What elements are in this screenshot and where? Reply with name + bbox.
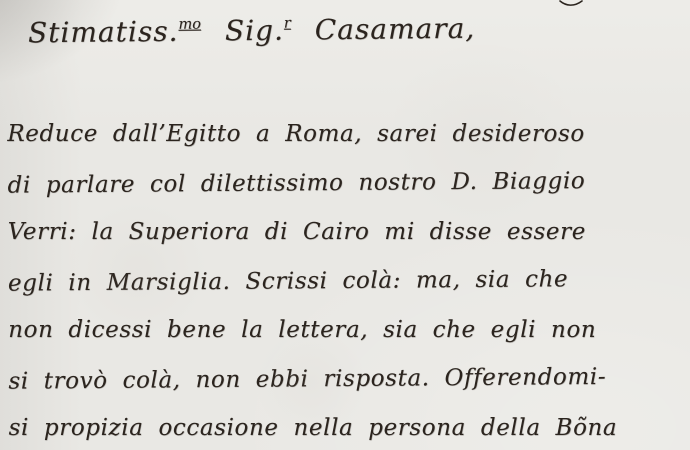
letter-body: Reduce dall’Egitto a Roma, sarei desider… xyxy=(7,109,682,450)
letter-line: di parlare col dilettissimo nostro D. Bi… xyxy=(7,156,681,210)
salutation-text: Sig. xyxy=(201,14,284,48)
letter-page: Stimatiss.mo Sig.r Casamara, Reduce dall… xyxy=(0,0,690,450)
letter-line: Verri: la Superiora di Cairo mi disse es… xyxy=(8,208,682,257)
letter-line: egli in Marsiglia. Scrissi colà: ma, sia… xyxy=(8,254,682,308)
salutation-text: Casamara, xyxy=(291,12,476,47)
letter-line: si propizia occasione nella persona dell… xyxy=(9,404,683,450)
letter-line: si trovò colà, non ebbi risposta. Offere… xyxy=(8,352,682,406)
salutation-line: Stimatiss.mo Sig.r Casamara, xyxy=(28,12,476,50)
letter-line: Reduce dall’Egitto a Roma, sarei desider… xyxy=(7,110,681,159)
cropped-pen-stroke xyxy=(556,0,586,12)
salutation-superscript-mo: mo xyxy=(178,16,201,33)
salutation-text: Stimatiss. xyxy=(28,15,179,50)
letter-line: non dicessi bene la lettera, sia che egl… xyxy=(8,306,682,355)
